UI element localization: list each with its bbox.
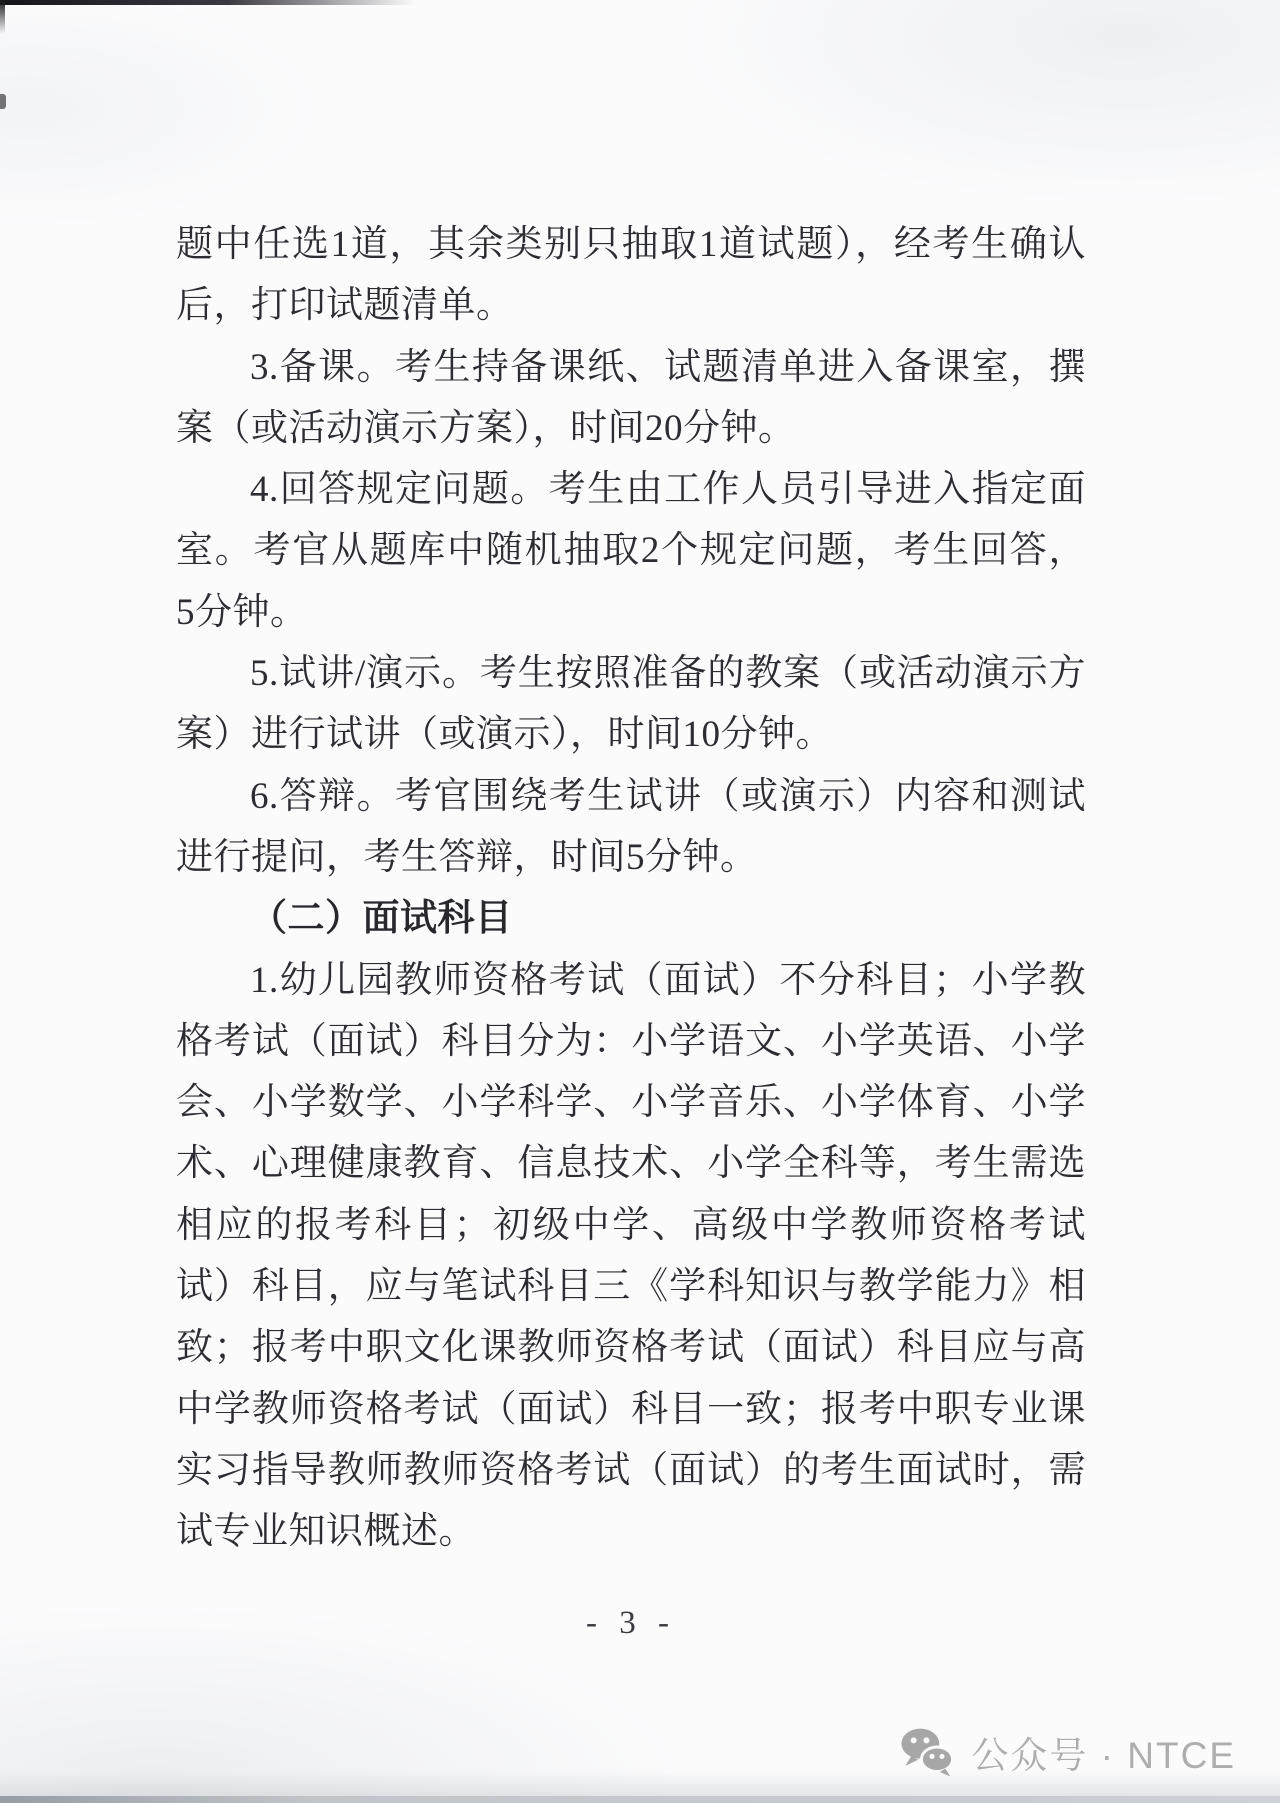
text-line: 1.幼儿园教师资格考试（面试）不分科目；小学教师资 [176,950,1086,1011]
text-line: 题中任选1道，其余类别只抽取1道试题），经考生确认 [176,214,1086,275]
text-line: 6.答辩。考官围绕考生试讲（或演示）内容和测试项目 [176,766,1086,827]
scan-artifact-left-mark [0,94,6,109]
text-line: 案）进行试讲（或演示），时间10分钟。 [176,704,1086,765]
scan-artifact-bottom-edge [0,1796,1280,1803]
text-line: 3.备课。考生持备课纸、试题清单进入备课室，撰写教 [176,337,1086,398]
text-line: 室。考官从题库中随机抽取2个规定问题，考生回答，时间 [176,520,1086,581]
text-line: 5分钟。 [176,582,1086,643]
scanned-document-page: 题中任选1道，其余类别只抽取1道试题），经考生确认后，打印试题清单。3.备课。考… [0,0,1280,1803]
text-line: 后，打印试题清单。 [176,275,1086,336]
scan-artifact-top-left-corner [0,0,5,34]
page-number: - 3 - [176,1601,1086,1645]
text-line: 致；报考中职文化课教师资格考试（面试）科目应与高级 [176,1317,1086,1378]
scan-artifact-top-edge [0,0,415,5]
text-line: 中学教师资格考试（面试）科目一致；报考中职专业课和 [176,1379,1086,1440]
text-line: 4.回答规定问题。考生由工作人员引导进入指定面试 [176,459,1086,520]
text-line: 格考试（面试）科目分为：小学语文、小学英语、小学社 [176,1011,1086,1072]
text-line: 试）科目，应与笔试科目三《学科知识与教学能力》相一 [176,1256,1086,1317]
text-line: 试专业知识概述。 [176,1501,1086,1562]
text-line: 会、小学数学、小学科学、小学音乐、小学体育、小学美 [176,1072,1086,1133]
text-line: 进行提问，考生答辩，时间5分钟。 [176,827,1086,888]
text-line: 5.试讲/演示。考生按照准备的教案（或活动演示方 [176,643,1086,704]
section-heading: （二）面试科目 [176,888,1086,949]
text-line: 案（或活动演示方案），时间20分钟。 [176,398,1086,459]
document-body: 题中任选1道，其余类别只抽取1道试题），经考生确认后，打印试题清单。3.备课。考… [176,214,1086,1563]
text-line: 实习指导教师教师资格考试（面试）的考生面试时，需加 [176,1440,1086,1501]
text-line: 术、心理健康教育、信息技术、小学全科等，考生需选择 [176,1133,1086,1194]
scan-artifact-bottom-shade [0,1770,1280,1796]
text-line: 相应的报考科目；初级中学、高级中学教师资格考试（面 [176,1195,1086,1256]
